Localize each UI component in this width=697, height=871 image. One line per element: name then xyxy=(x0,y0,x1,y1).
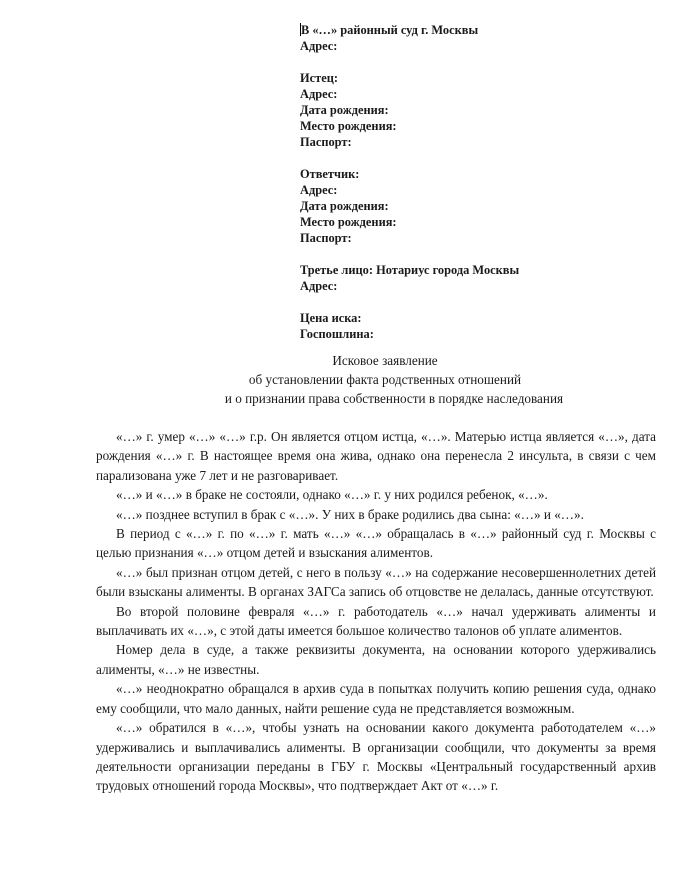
court-line[interactable]: В «…» районный суд г. Москвы xyxy=(300,22,680,38)
state-fee: Госпошлина: xyxy=(300,326,680,342)
third-party-label: Третье лицо: Нотариус города Москвы xyxy=(300,262,680,278)
paragraph: «…» г. умер «…» «…» г.р. Он является отц… xyxy=(96,427,656,485)
plaintiff-birth-place: Место рождения: xyxy=(300,118,680,134)
paragraph: «…» обратился в «…», чтобы узнать на осн… xyxy=(96,718,656,796)
claim-price: Цена иска: xyxy=(300,310,680,326)
court-address: Адрес: xyxy=(300,38,680,54)
defendant-label: Ответчик: xyxy=(300,166,680,182)
paragraph: «…» и «…» в браке не состояли, однако «…… xyxy=(96,485,656,504)
title-line-1: Исковое заявление xyxy=(100,351,670,370)
paragraph: «…» позднее вступил в брак с «…». У них … xyxy=(96,505,656,524)
defendant-passport: Паспорт: xyxy=(300,230,680,246)
title-line-3: и о признании права собственности в поря… xyxy=(100,389,670,408)
defendant-birth-date: Дата рождения: xyxy=(300,198,680,214)
paragraph: Номер дела в суде, а также реквизиты док… xyxy=(96,640,656,679)
document-body: «…» г. умер «…» «…» г.р. Он является отц… xyxy=(96,427,656,796)
plaintiff-label: Истец: xyxy=(300,70,680,86)
defendant-address: Адрес: xyxy=(300,182,680,198)
third-party-address: Адрес: xyxy=(300,278,680,294)
paragraph: «…» неоднократно обращался в архив суда … xyxy=(96,679,656,718)
paragraph: В период с «…» г. по «…» г. мать «…» «…»… xyxy=(96,524,656,563)
paragraph: Во второй половине февраля «…» г. работо… xyxy=(96,602,656,641)
document-header: В «…» районный суд г. Москвы Адрес: Исте… xyxy=(300,22,680,342)
plaintiff-birth-date: Дата рождения: xyxy=(300,102,680,118)
defendant-birth-place: Место рождения: xyxy=(300,214,680,230)
plaintiff-passport: Паспорт: xyxy=(300,134,680,150)
title-line-2: об установлении факта родственных отноше… xyxy=(100,370,670,389)
plaintiff-address: Адрес: xyxy=(300,86,680,102)
paragraph: «…» был признан отцом детей, с него в по… xyxy=(96,563,656,602)
court-name: В «…» районный суд г. Москвы xyxy=(301,23,478,37)
document-title: Исковое заявление об установлении факта … xyxy=(100,351,670,408)
